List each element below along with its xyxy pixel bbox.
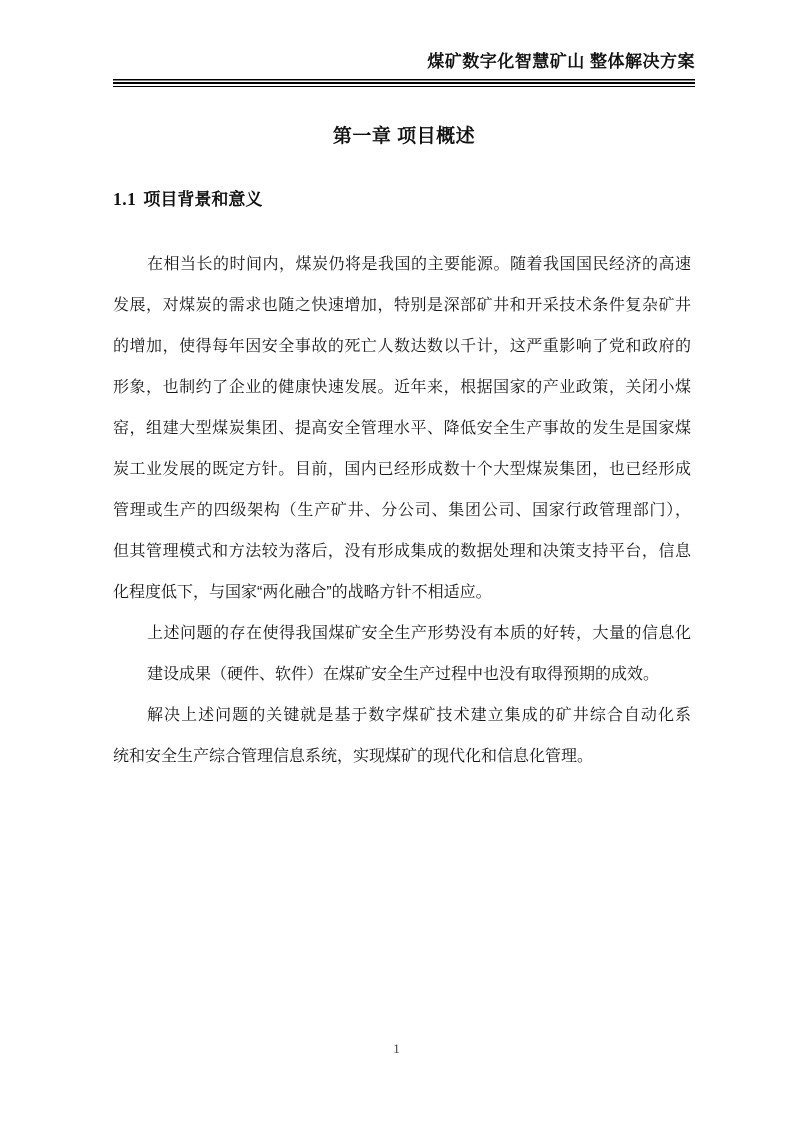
- document-page: 煤矿数字化智慧矿山 整体解决方案 第一章 项目概述 1.1项目背景和意义 在相当…: [0, 0, 793, 1122]
- header-rule: [113, 79, 695, 87]
- body-line: 发展，对煤炭的需求也随之快速增加，特别是深部矿井和开采技术条件复杂矿井: [113, 285, 691, 326]
- body-line: 化程度低下，与国家“两化融合”的战略方针不相适应。: [113, 572, 691, 613]
- body-line: 的增加，使得每年因安全事故的死亡人数达数以千计，这严重影响了党和政府的: [113, 326, 691, 367]
- body-line: 在相当长的时间内，煤炭仍将是我国的主要能源。随着我国国民经济的高速: [113, 244, 691, 285]
- section-number: 1.1: [113, 189, 136, 209]
- running-header-title: 煤矿数字化智慧矿山 整体解决方案: [113, 51, 695, 73]
- section-heading: 1.1项目背景和意义: [113, 188, 695, 211]
- body-line: 窑，组建大型煤炭集团、提高安全管理水平、降低安全生产事故的发生是国家煤: [113, 408, 691, 449]
- body-line: 统和安全生产综合管理信息系统，实现煤矿的现代化和信息化管理。: [113, 736, 691, 777]
- body-line: 管理或生产的四级架构（生产矿井、分公司、集团公司、国家行政管理部门），: [113, 490, 691, 531]
- section-title: 项目背景和意义: [143, 190, 262, 209]
- body-line: 建设成果（硬件、软件）在煤矿安全生产过程中也没有取得预期的成效。: [113, 654, 691, 695]
- chapter-title: 第一章 项目概述: [113, 124, 695, 150]
- body-line: 解决上述问题的关键就是基于数字煤矿技术建立集成的矿井综合自动化系: [113, 695, 691, 736]
- body-line: 炭工业发展的既定方针。目前，国内已经形成数十个大型煤炭集团，也已经形成: [113, 449, 691, 490]
- page-number: 1: [0, 1040, 793, 1058]
- body-line: 上述问题的存在使得我国煤矿安全生产形势没有本质的好转，大量的信息化: [113, 613, 691, 654]
- body-text: 在相当长的时间内，煤炭仍将是我国的主要能源。随着我国国民经济的高速 发展，对煤炭…: [113, 244, 691, 777]
- body-line: 但其管理模式和方法较为落后，没有形成集成的数据处理和决策支持平台，信息: [113, 531, 691, 572]
- body-line: 形象，也制约了企业的健康快速发展。近年来，根据国家的产业政策，关闭小煤: [113, 367, 691, 408]
